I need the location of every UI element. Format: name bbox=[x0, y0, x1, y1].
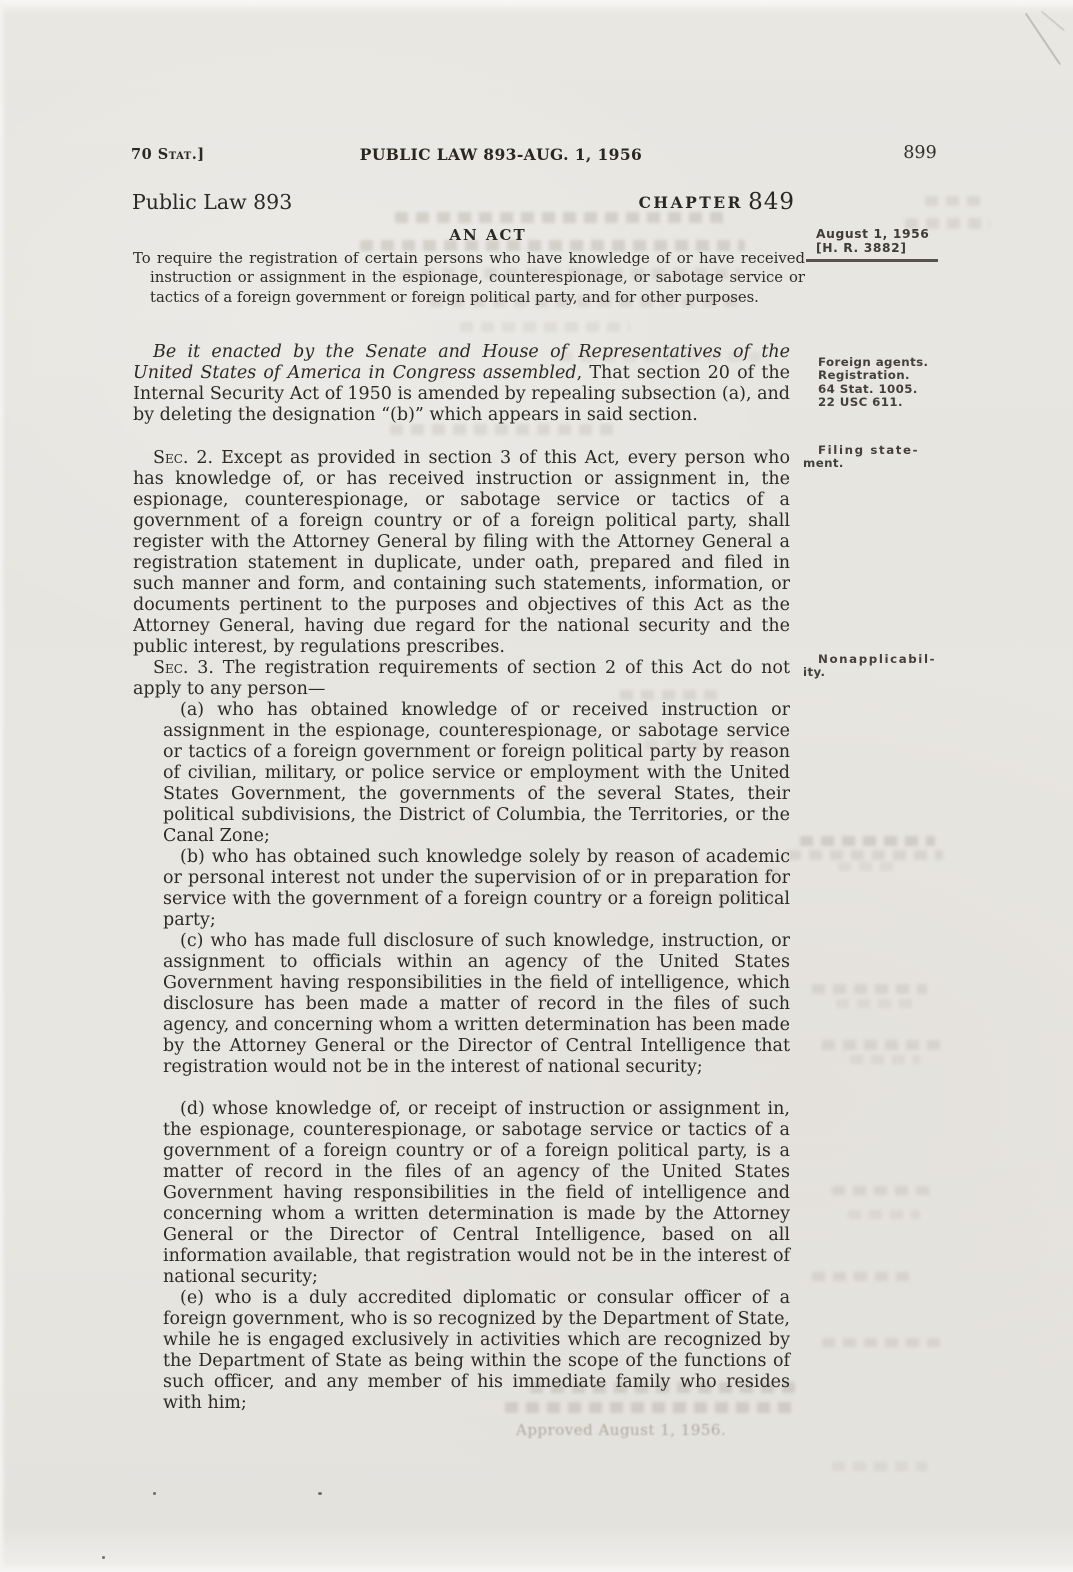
bleedthrough-margin-smudge bbox=[812, 984, 927, 994]
bleedthrough-margin-smudge bbox=[850, 1055, 920, 1064]
bleedthrough-margin-smudge bbox=[812, 1272, 917, 1281]
statute-page-scan: Approved August 1, 1956. 70 Stat.] PUBLI… bbox=[0, 0, 1073, 1572]
margin-note-foreign-agents: Foreign agents. Registration. 64 Stat. 1… bbox=[803, 356, 953, 410]
section-3: Sec. 3. The registration requirements of… bbox=[133, 658, 790, 700]
bleedthrough-margin-smudge bbox=[838, 862, 898, 871]
page-edge-bottom bbox=[0, 1564, 1073, 1572]
running-head-title: PUBLIC LAW 893-AUG. 1, 1956 bbox=[311, 145, 691, 164]
public-law-title: Public Law 893 bbox=[132, 190, 292, 214]
bleedthrough-margin-smudge bbox=[822, 1040, 947, 1050]
margin-note-line: 22 USC 611. bbox=[803, 396, 953, 409]
page-number: 899 bbox=[898, 143, 942, 163]
margin-note-line: Filing state- bbox=[803, 444, 953, 457]
enacting-clause: Be it enacted by the Senate and House of… bbox=[133, 342, 790, 426]
bleedthrough-smudge bbox=[460, 322, 630, 332]
bleedthrough-approved-line: Approved August 1, 1956. bbox=[516, 1421, 736, 1439]
clause-e: (e) who is a duly accredited diplomatic … bbox=[163, 1288, 790, 1414]
ink-speck bbox=[153, 1492, 156, 1495]
chapter-word: CHAPTER bbox=[639, 193, 743, 212]
margin-bill-number: [H. R. 3882] bbox=[816, 242, 956, 256]
margin-note-line: ment. bbox=[803, 457, 953, 470]
margin-note-line: Registration. bbox=[803, 369, 953, 382]
bleedthrough-margin-smudge bbox=[832, 1462, 927, 1471]
section-3-label: Sec. 3. bbox=[153, 658, 214, 678]
section-2-text: Except as provided in section 3 of this … bbox=[133, 448, 790, 657]
scratch-mark bbox=[1041, 11, 1065, 32]
bleedthrough-smudge bbox=[925, 196, 980, 206]
margin-note-line: ity. bbox=[803, 666, 953, 679]
scratch-mark bbox=[1025, 13, 1061, 65]
bleedthrough-margin-smudge bbox=[800, 836, 935, 846]
margin-note-nonapplicability: Nonapplicabil- ity. bbox=[803, 653, 953, 680]
chapter-heading: CHAPTER 849 bbox=[613, 189, 795, 215]
section-2: Sec. 2. Except as provided in section 3 … bbox=[133, 448, 790, 658]
clause-a: (a) who has obtained knowledge of or rec… bbox=[163, 700, 790, 847]
margin-note-line: Foreign agents. bbox=[803, 356, 953, 369]
ink-speck bbox=[102, 1556, 105, 1559]
page-edge-left bbox=[0, 0, 6, 1572]
bleedthrough-margin-smudge bbox=[788, 850, 943, 860]
margin-note-line: Nonapplicabil- bbox=[803, 653, 953, 666]
bleedthrough-margin-smudge bbox=[832, 1186, 932, 1195]
page-edge-top bbox=[0, 0, 1073, 9]
chapter-number: 849 bbox=[748, 189, 795, 215]
preamble: To require the registration of certain p… bbox=[133, 249, 805, 307]
margin-date: August 1, 1956 bbox=[816, 228, 956, 242]
margin-note-filing-statement: Filing state- ment. bbox=[803, 444, 953, 471]
clause-c: (c) who has made full disclosure of such… bbox=[163, 931, 790, 1078]
section-3-text: The registration requirements of section… bbox=[133, 658, 790, 699]
section-2-label: Sec. 2. bbox=[153, 448, 213, 468]
margin-note-line: 64 Stat. 1005. bbox=[803, 383, 953, 396]
ink-speck bbox=[318, 1492, 322, 1495]
an-act-heading: AN ACT bbox=[133, 226, 843, 244]
running-head-volume: 70 Stat.] bbox=[131, 146, 205, 163]
bleedthrough-margin-smudge bbox=[836, 999, 916, 1008]
bleedthrough-margin-smudge bbox=[822, 1338, 940, 1347]
margin-rule bbox=[806, 259, 938, 262]
bleedthrough-margin-smudge bbox=[848, 1210, 920, 1219]
clause-d: (d) whose knowledge of, or receipt of in… bbox=[163, 1099, 790, 1288]
margin-date-note: August 1, 1956 [H. R. 3882] bbox=[816, 228, 956, 255]
clause-b: (b) who has obtained such knowledge sole… bbox=[163, 847, 790, 931]
